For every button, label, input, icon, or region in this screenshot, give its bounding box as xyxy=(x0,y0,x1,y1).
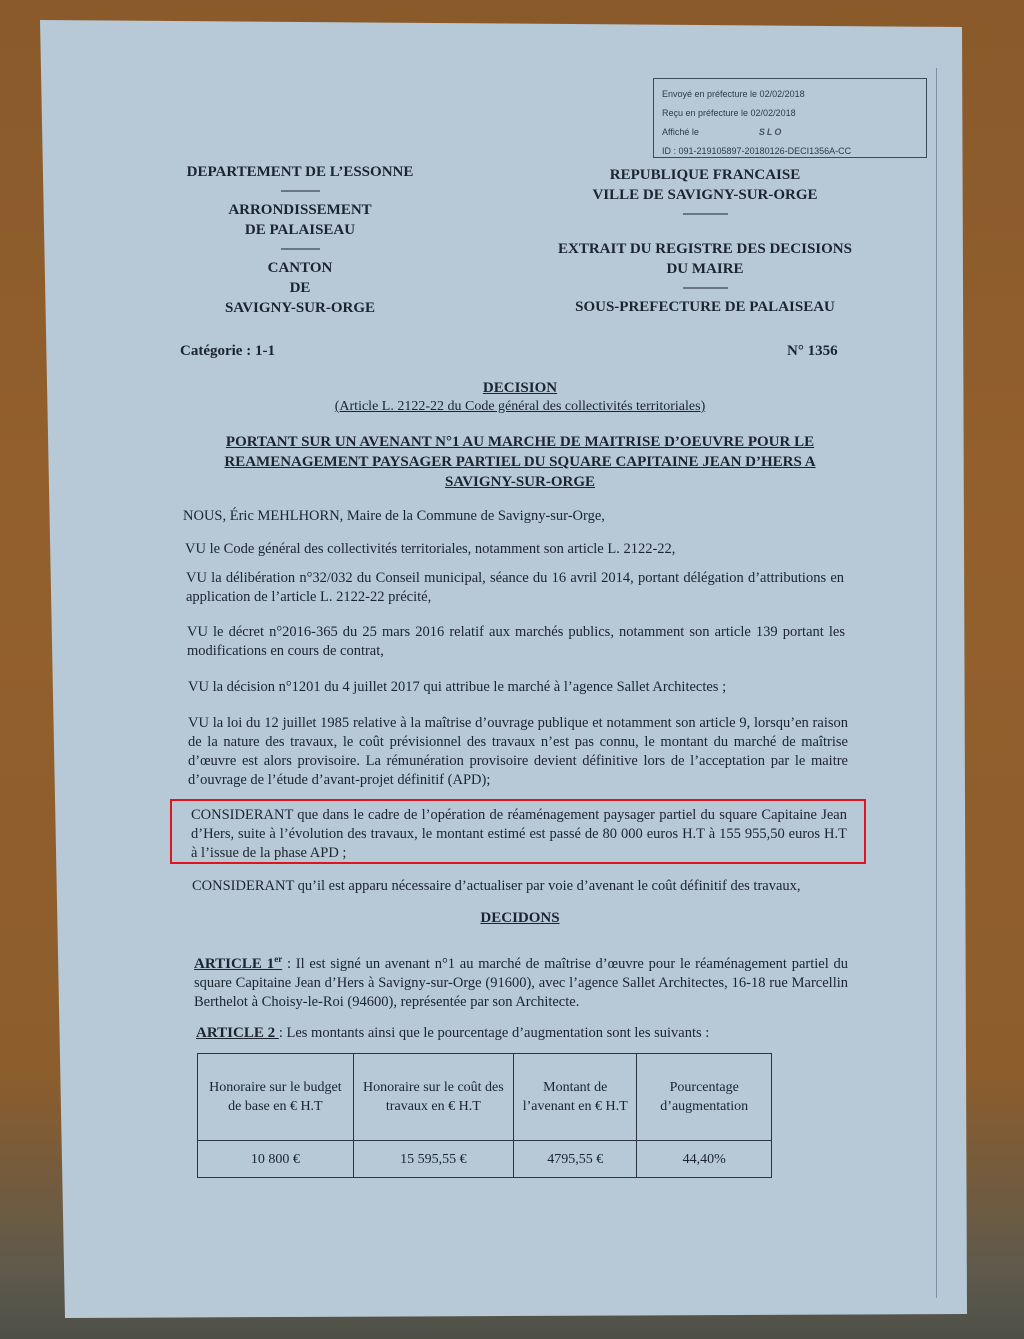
value-amendment-amount: 4795,55 € xyxy=(513,1141,637,1178)
decision-title: DECISION xyxy=(180,378,860,398)
stamp-received: Reçu en préfecture le 02/02/2018 xyxy=(662,104,918,123)
decidons-heading: DECIDONS xyxy=(180,910,860,927)
stamp-sent: Envoyé en préfecture le 02/02/2018 xyxy=(662,85,918,104)
stamp-signature: SLO xyxy=(759,123,784,142)
canton-name: SAVIGNY-SUR-ORGE xyxy=(160,298,440,318)
value-works-fee: 15 595,55 € xyxy=(353,1141,513,1178)
vu-decret-paragraph: VU le décret n°2016-365 du 25 mars 2016 … xyxy=(187,623,845,661)
article-1-label-text: ARTICLE 1 xyxy=(194,956,274,972)
legal-reference: (Article L. 2122-22 du Code général des … xyxy=(180,398,860,416)
register-subtitle: DU MAIRE xyxy=(545,259,865,279)
stamp-posted: Affiché le xyxy=(662,127,699,137)
considerant-2-paragraph: CONSIDERANT qu’il est apparu nécessaire … xyxy=(192,877,872,896)
separator: ------------- xyxy=(160,184,440,196)
header-amendment-amount: Montant de l’avenant en € H.T xyxy=(513,1054,637,1141)
vu-loi-paragraph: VU la loi du 12 juillet 1985 relative à … xyxy=(188,714,848,790)
article-2-text: : Les montants ainsi que le pourcentage … xyxy=(279,1025,709,1041)
separator: ------------- xyxy=(160,242,440,254)
header-works-fee: Honoraire sur le coût des travaux en € H… xyxy=(353,1054,513,1141)
article-1: ARTICLE 1er : Il est signé un avenant n°… xyxy=(194,950,848,1012)
republic: REPUBLIQUE FRANCAISE xyxy=(545,165,865,185)
decision-number: N° 1356 xyxy=(787,341,838,361)
value-increase-percentage: 44,40% xyxy=(637,1141,772,1178)
separator: --------------- xyxy=(545,207,865,219)
amounts-table: Honoraire sur le budget de base en € H.T… xyxy=(197,1053,772,1178)
vu-decision-paragraph: VU la décision n°1201 du 4 juillet 2017 … xyxy=(188,678,846,697)
table-header-row: Honoraire sur le budget de base en € H.T… xyxy=(198,1054,772,1141)
decision-heading: DECISION (Article L. 2122-22 du Code gén… xyxy=(180,378,860,492)
separator: --------------- xyxy=(545,281,865,293)
vu-deliberation-paragraph: VU la délibération n°32/032 du Conseil m… xyxy=(186,569,844,607)
subject-line-3: SAVIGNY-SUR-ORGE xyxy=(180,472,860,492)
arrondissement-name: DE PALAISEAU xyxy=(160,220,440,240)
table-row: 10 800 € 15 595,55 € 4795,55 € 44,40% xyxy=(198,1141,772,1178)
article-2: ARTICLE 2 : Les montants ainsi que le po… xyxy=(196,1024,850,1043)
subprefecture: SOUS-PREFECTURE DE PALAISEAU xyxy=(545,297,865,317)
considerant-1-paragraph: CONSIDERANT que dans le cadre de l’opéra… xyxy=(191,806,847,863)
subject-line-2: REAMENAGEMENT PAYSAGER PARTIEL DU SQUARE… xyxy=(180,452,860,472)
subject-line-1: PORTANT SUR UN AVENANT N°1 AU MARCHE DE … xyxy=(180,432,860,452)
article-2-label: ARTICLE 2 xyxy=(196,1025,279,1041)
department: DEPARTEMENT DE L’ESSONNE xyxy=(160,162,440,182)
stamp-id: ID : 091-219105897-20180126-DECI1356A-CC xyxy=(662,142,918,161)
value-base-fee: 10 800 € xyxy=(198,1141,354,1178)
right-header: REPUBLIQUE FRANCAISE VILLE DE SAVIGNY-SU… xyxy=(545,165,865,317)
category: Catégorie : 1-1 xyxy=(180,341,275,361)
prefecture-stamp: Envoyé en préfecture le 02/02/2018 Reçu … xyxy=(653,78,927,158)
left-header: DEPARTEMENT DE L’ESSONNE ------------- A… xyxy=(160,162,440,318)
nous-paragraph: NOUS, Éric MEHLHORN, Maire de la Commune… xyxy=(183,507,843,526)
vu-code-paragraph: VU le Code général des collectivités ter… xyxy=(185,540,845,559)
arrondissement: ARRONDISSEMENT xyxy=(160,200,440,220)
header-base-fee: Honoraire sur le budget de base en € H.T xyxy=(198,1054,354,1141)
city: VILLE DE SAVIGNY-SUR-ORGE xyxy=(545,185,865,205)
article-1-label: ARTICLE 1er xyxy=(194,956,282,972)
header-increase-percentage: Pourcentage d’augmentation xyxy=(637,1054,772,1141)
article-1-text: : Il est signé un avenant n°1 au marché … xyxy=(194,956,848,1010)
register-title: EXTRAIT DU REGISTRE DES DECISIONS xyxy=(545,239,865,259)
canton: CANTON xyxy=(160,258,440,278)
canton-de: DE xyxy=(160,278,440,298)
